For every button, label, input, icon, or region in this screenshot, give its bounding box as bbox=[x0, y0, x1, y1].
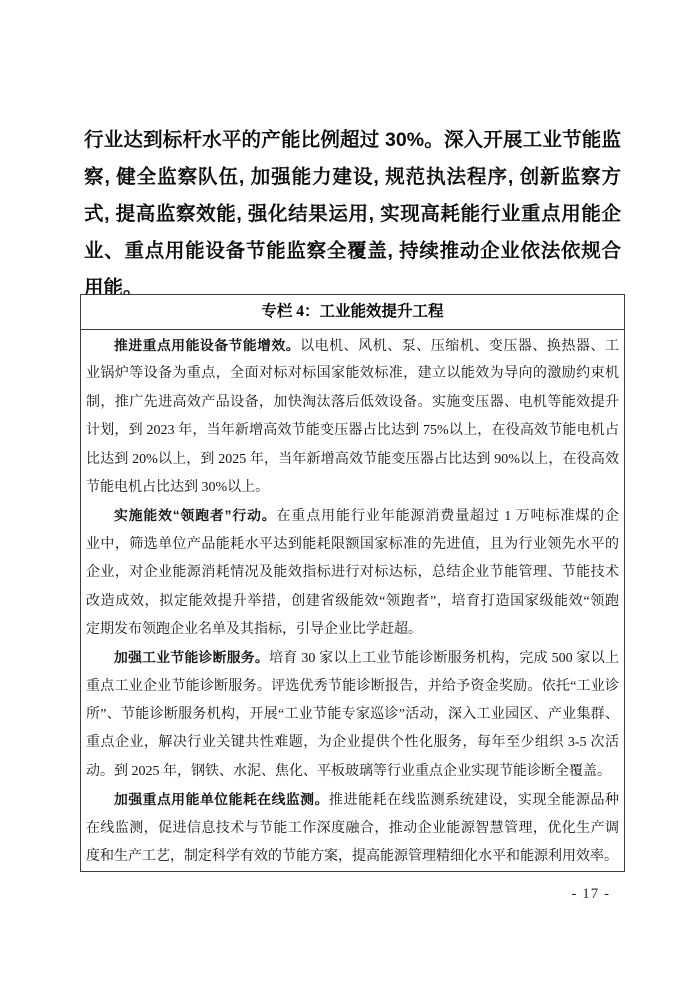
paragraph-lead-rest: 培育 30 家以上工业节能诊断服务机构，完成 500 家以上 bbox=[269, 651, 619, 666]
paragraph-lead: 推进重点用能设备节能增效。 bbox=[114, 338, 300, 353]
box-text-line: 业中，筛选单位产品能耗水平达到能耗限额国家标准的先进值，且为行业领先水平的 bbox=[86, 531, 619, 559]
box-text-line: 制，推广先进高效产品设备，加快淘汰落后低效设备。实施变压器、电机等能效提升 bbox=[86, 389, 619, 417]
paragraph-lead-rest: 以电机、风机、泵、压缩机、变压器、换热器、工 bbox=[300, 339, 619, 354]
box-text-line: 实施能效“领跑者”行动。在重点用能行业年能源消费量超过 1 万吨标准煤的企 bbox=[86, 502, 619, 530]
intro-text-line: 行业达到标杆水平的产能比例超过 30%。深入开展工业节能监 bbox=[84, 122, 621, 159]
paragraph-lead-rest: 推进能耗在线监测系统建设，实现全能源品种 bbox=[329, 793, 619, 808]
feature-box: 专栏 4：工业能效提升工程 推进重点用能设备节能增效。以电机、风机、泵、压缩机、… bbox=[80, 294, 625, 872]
box-text-line: 节能电机占比达到 30%以上。 bbox=[86, 474, 619, 502]
paragraph-lead: 加强重点用能单位能耗在线监测。 bbox=[114, 792, 329, 807]
feature-box-body: 推进重点用能设备节能增效。以电机、风机、泵、压缩机、变压器、换热器、工业锅炉等设… bbox=[81, 330, 624, 871]
paragraph-lead-rest: 在重点用能行业年能源消费量超过 1 万吨标准煤的企 bbox=[276, 509, 619, 524]
paragraph-lead: 加强工业节能诊断服务。 bbox=[114, 650, 269, 665]
intro-text-line: 业、重点用能设备节能监察全覆盖, 持续推动企业依法依规合理 bbox=[84, 233, 621, 270]
box-text-line: 推进重点用能设备节能增效。以电机、风机、泵、压缩机、变压器、换热器、工 bbox=[86, 332, 619, 360]
box-text-line: 在线监测，促进信息技术与节能工作深度融合，推动企业能源智慧管理，优化生产调 bbox=[86, 815, 619, 843]
box-text-line: 加强重点用能单位能耗在线监测。推进能耗在线监测系统建设，实现全能源品种 bbox=[86, 786, 619, 814]
intro-text-line: 式, 提高监察效能, 强化结果运用, 实现高耗能行业重点用能企 bbox=[84, 196, 621, 233]
box-text-line: 度和生产工艺，制定科学有效的节能方案，提高能源管理精细化水平和能源利用效率。 bbox=[86, 843, 619, 871]
box-text-line: 加强工业节能诊断服务。培育 30 家以上工业节能诊断服务机构，完成 500 家以… bbox=[86, 644, 619, 672]
feature-box-title: 专栏 4：工业能效提升工程 bbox=[81, 295, 624, 330]
box-text-line: 计划，到 2023 年，当年新增高效节能变压器占比达到 75%以上，在役高效节能… bbox=[86, 417, 619, 445]
box-text-line: 比达到 20%以上，到 2025 年，当年新增高效节能变压器占比达到 90%以上… bbox=[86, 446, 619, 474]
box-text-line: 重点企业，解决行业关键共性难题，为企业提供个性化服务，每年至少组织 3-5 次活 bbox=[86, 729, 619, 757]
box-text-line: 改造成效，拟定能效提升举措，创建省级能效“领跑者”，培育打造国家级能效“领跑者”… bbox=[86, 588, 619, 616]
paragraph-lead: 实施能效“领跑者”行动。 bbox=[114, 508, 276, 523]
box-text-line: 企业，对企业能源消耗情况及能效指标进行对标达标，总结企业节能管理、节能技术 bbox=[86, 559, 619, 587]
box-text-line: 业锅炉等设备为重点，全面对标对标国家能效标准，建立以能效为导向的激励约束机 bbox=[86, 360, 619, 388]
box-text-line: 重点工业企业节能诊断服务。评选优秀节能诊断报告，并给予资金奖励。依托“工业诊 bbox=[86, 673, 619, 701]
box-text-line: 定期发布领跑企业名单及其指标，引导企业比学赶超。 bbox=[86, 616, 619, 644]
intro-text-line: 察, 健全监察队伍, 加强能力建设, 规范执法程序, 创新监察方 bbox=[84, 159, 621, 196]
page-number: - 17 - bbox=[572, 886, 611, 903]
intro-paragraph: 行业达到标杆水平的产能比例超过 30%。深入开展工业节能监察, 健全监察队伍, … bbox=[84, 122, 621, 307]
box-text-line: 动。到 2025 年，钢铁、水泥、焦化、平板玻璃等行业重点企业实现节能诊断全覆盖… bbox=[86, 758, 619, 786]
box-text-line: 所”、节能诊断服务机构，开展“工业节能专家巡诊”活动，深入工业园区、产业集群、 bbox=[86, 701, 619, 729]
